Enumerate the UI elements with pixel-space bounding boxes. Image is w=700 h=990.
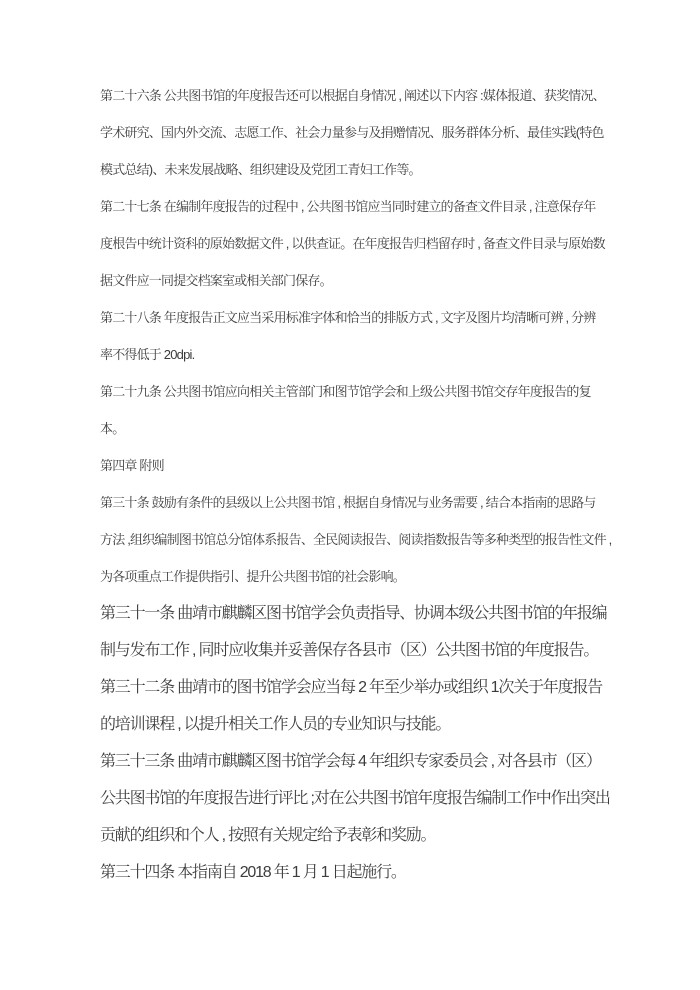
article-30: 第三十条 鼓励有条件的县级以上公共图书馆 , 根据自身情况与业务需要 , 结合本… — [100, 484, 692, 595]
article-26: 第二十六条 公共图书馆的年度报告还可以根据自身情况 , 阐述以下内容 :媒体报道… — [100, 77, 692, 188]
article-27: 第二十七条 在编制年度报告的过程中 , 公共图书馆应当同时建立的备查文件目录 ,… — [100, 188, 692, 299]
document-line: 第二十八条 年度报告正文应当采用标准字体和恰当的排版方式 , 文字及图片均清晰可… — [100, 299, 692, 336]
document-line: 公共图书馆的年度报告进行评比 ;对在公共图书馆年度报告编制工作中作出突出 — [100, 780, 692, 817]
document-line: 第三十条 鼓励有条件的县级以上公共图书馆 , 根据自身情况与业务需要 , 结合本… — [100, 484, 692, 521]
document-line: 第二十六条 公共图书馆的年度报告还可以根据自身情况 , 阐述以下内容 :媒体报道… — [100, 77, 692, 114]
article-29: 第二十九条 公共图书馆应向相关主管部门和图节馆学会和上级公共图书馆交存年度报告的… — [100, 373, 692, 447]
document-line: 模式总结)、未来发展战略、组织建设及党团工青妇工作等。 — [100, 151, 692, 188]
document-line: 率不得低于 20dpi. — [100, 336, 692, 373]
document-page: 第二十六条 公共图书馆的年度报告还可以根据自身情况 , 阐述以下内容 :媒体报道… — [0, 0, 700, 990]
document-line: 学术研究、国内外交流、志愿工作、社会力量参与及捐赠情况、服务群体分析、最佳实践(… — [100, 114, 692, 151]
article-32: 第三十二条 曲靖市的图书馆学会应当每 2 年至少举办或组织 1次关于年度报告的培… — [100, 669, 692, 743]
document-line: 制与发布工作 , 同时应收集并妥善保存各县市（区）公共图书馆的年度报告。 — [100, 632, 692, 669]
document-line: 第四章 附则 — [100, 447, 692, 484]
document-line: 第三十四条 本指南自 2018 年 1 月 1 日起施行。 — [100, 854, 692, 891]
document-line: 第二十九条 公共图书馆应向相关主管部门和图节馆学会和上级公共图书馆交存年度报告的… — [100, 373, 692, 410]
document-line: 度根告中统计资科的原始数据文件 , 以供查证。在年度报告归档留存时 , 备查文件… — [100, 225, 692, 262]
document-line: 的培训课程 , 以提升相关工作人员的专业知识与技能。 — [100, 706, 692, 743]
article-28: 第二十八条 年度报告正文应当采用标准字体和恰当的排版方式 , 文字及图片均清晰可… — [100, 299, 692, 373]
document-body: 第二十六条 公共图书馆的年度报告还可以根据自身情况 , 阐述以下内容 :媒体报道… — [0, 0, 700, 891]
article-33: 第三十三条 曲靖市麒麟区图书馆学会每 4 年组织专家委员会 , 对各县市（区）公… — [100, 743, 692, 854]
document-line: 据文件应一同提交档案室或相关部门保存。 — [100, 262, 692, 299]
document-line: 本。 — [100, 410, 692, 447]
chapter-4-heading: 第四章 附则 — [100, 447, 692, 484]
document-line: 第三十二条 曲靖市的图书馆学会应当每 2 年至少举办或组织 1次关于年度报告 — [100, 669, 692, 706]
document-line: 第二十七条 在编制年度报告的过程中 , 公共图书馆应当同时建立的备查文件目录 ,… — [100, 188, 692, 225]
document-line: 贡献的组织和个人 , 按照有关规定给予表彰和奖励。 — [100, 817, 692, 854]
document-line: 为各项重点工作提供指引、提升公共图书馆的社会影响。 — [100, 558, 692, 595]
document-line: 第三十一条 曲靖市麒麟区图书馆学会负责指导、协调本级公共图书馆的年报编 — [100, 595, 692, 632]
article-34: 第三十四条 本指南自 2018 年 1 月 1 日起施行。 — [100, 854, 692, 891]
document-line: 第三十三条 曲靖市麒麟区图书馆学会每 4 年组织专家委员会 , 对各县市（区） — [100, 743, 692, 780]
article-31: 第三十一条 曲靖市麒麟区图书馆学会负责指导、协调本级公共图书馆的年报编制与发布工… — [100, 595, 692, 669]
document-line: 方法 ,组织编制图书馆总分馆体系报告、全民阅读报告、阅读指数报告等多种类型的报告… — [100, 521, 692, 558]
